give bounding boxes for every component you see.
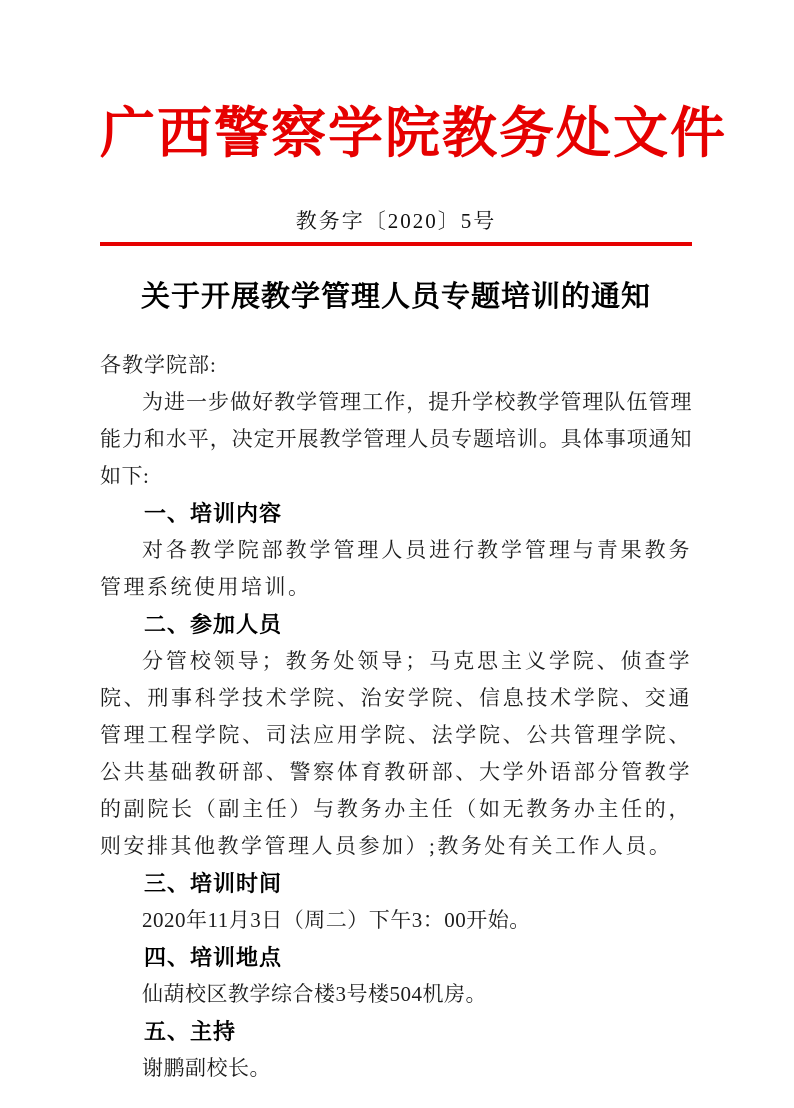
section-heading-3: 三、培训时间 [100,865,692,902]
letterhead-title: 广西警察学院教务处文件 [100,98,692,170]
section-heading-1: 一、培训内容 [100,495,692,532]
notice-body: 各教学院部: 为进一步做好教学管理工作，提升学校教学管理队伍管理能力和水平，决定… [100,347,692,1087]
document-number: 教务字〔2020〕5号 [100,208,692,234]
section-body-2: 分管校领导；教务处领导；马克思主义学院、侦查学院、刑事科学技术学院、治安学院、信… [100,643,692,865]
section-heading-2: 二、参加人员 [100,606,692,643]
section-heading-5: 五、主持 [100,1013,692,1050]
section-body-5: 谢鹏副校长。 [100,1050,692,1087]
document-page: 广西警察学院教务处文件 教务字〔2020〕5号 关于开展教学管理人员专题培训的通… [0,0,794,1108]
document-content: 广西警察学院教务处文件 教务字〔2020〕5号 关于开展教学管理人员专题培训的通… [100,0,692,1087]
red-divider-rule [100,242,692,246]
intro-paragraph: 为进一步做好教学管理工作，提升学校教学管理队伍管理能力和水平，决定开展教学管理人… [100,384,692,495]
section-heading-4: 四、培训地点 [100,939,692,976]
section-body-3: 2020年11月3日（周二）下午3：00开始。 [100,902,692,939]
section-body-1: 对各教学院部教学管理人员进行教学管理与青果教务管理系统使用培训。 [100,532,692,606]
section-body-4: 仙葫校区教学综合楼3号楼504机房。 [100,976,692,1013]
salutation: 各教学院部: [100,347,692,384]
notice-title: 关于开展教学管理人员专题培训的通知 [100,279,692,315]
